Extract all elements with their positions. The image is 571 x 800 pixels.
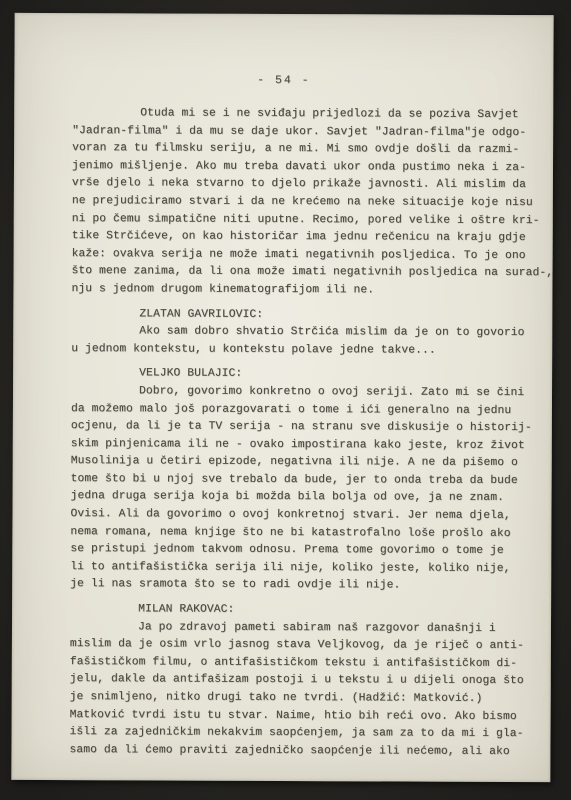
text-line: vrše djelo i neka stvarno to djelo prika… <box>72 175 532 195</box>
text-line: se pristupi jednom takvom odnosu. Prema … <box>70 541 530 561</box>
text-line: voran za tu filmsku seriju, a ne mi. Mi … <box>72 140 532 160</box>
text-line: što mene zanima, da li ona može imati ne… <box>72 263 532 283</box>
page-number: - 54 - <box>14 73 553 88</box>
paragraph: Otuda mi se i ne sviđaju prijedlozi da s… <box>71 105 532 301</box>
text-line: mislim da je osim vrlo jasnog stava Velj… <box>70 636 530 656</box>
text-line: ne prejudiciramo stvari i da ne krećemo … <box>72 193 532 213</box>
text-line: ocjenu, da li je ta TV serija - na stran… <box>71 418 531 438</box>
text-line: išli za zajedničkim nekakvim saopćenjem,… <box>69 724 529 744</box>
text-line: ni po čemu simpatične niti uputne. Recim… <box>72 211 532 231</box>
text-line: da možemo malo još porazgovarati o tome … <box>71 401 531 421</box>
text-line: Ovisi. Ali da govorimo o ovoj konkretnoj… <box>70 506 530 526</box>
paragraph: Ako sam dobro shvatio Strčića mislim da … <box>71 323 531 360</box>
speaker-label: VELJKO BULAJIC: <box>71 365 531 385</box>
text-line: jedna druga serija koja bi možda bila bo… <box>71 489 531 509</box>
text-line: jelu, dakle da antifašizam postoji i u t… <box>70 671 530 691</box>
text-line: fašističkom filmu, o antifašističkom tek… <box>70 654 530 674</box>
text-line: tome što bi u njoj sve trebalo da bude, … <box>71 471 531 491</box>
text-line: jenimo mišljenje. Ako mu treba davati uk… <box>72 158 532 178</box>
text-line: Dobro, govorimo konkretno o ovoj seriji.… <box>71 383 531 403</box>
text-line: Ako sam dobro shvatio Strčića mislim da … <box>71 323 531 343</box>
paragraph: Dobro, govorimo konkretno o ovoj seriji.… <box>70 383 531 596</box>
speaker-label: ZLATAN GAVRILOVIC: <box>71 306 531 326</box>
text-line: Musolinija u četiri epizode, negativna i… <box>71 453 531 473</box>
text-line: skim pinjenicama ili ne - ovako impostir… <box>71 436 531 456</box>
paragraph: Ja po zdravoj pameti sabiram naš razgovo… <box>69 619 530 762</box>
text-line: li to antifašistička serija ili nije, ko… <box>70 559 530 579</box>
text-line: je li nas sramota što se to radi ovdje i… <box>70 577 530 597</box>
text-line: Matković tvrdi istu tu stvar. Naime, hti… <box>70 707 530 727</box>
text-line: nju s jednom drugom kinematografijom ili… <box>71 281 531 301</box>
text-line: je snimljeno, nitko drugi tako ne tvrdi.… <box>70 689 530 709</box>
text-line: nema romana, nema knjige što ne bi katas… <box>70 524 530 544</box>
text-line: "Jadran-filma" i da mu se daje ukor. Sav… <box>72 123 532 143</box>
text-line: tike Strčićeve, on kao historičar ima je… <box>72 228 532 248</box>
scanned-page: - 54 - Otuda mi se i ne sviđaju prijedlo… <box>11 13 553 782</box>
document-text: Otuda mi se i ne sviđaju prijedlozi da s… <box>69 105 532 761</box>
text-line: u jednom kontekstu, u kontekstu polave j… <box>71 341 531 361</box>
speaker-label: MILAN RAKOVAC: <box>70 601 530 621</box>
text-line: samo da li ćemo praviti zajedničko saopć… <box>69 742 529 762</box>
text-line: Otuda mi se i ne sviđaju prijedlozi da s… <box>72 105 532 125</box>
text-line: Ja po zdravoj pameti sabiram naš razgovo… <box>70 619 530 639</box>
text-line: kaže: ovakva serija ne može imati negati… <box>72 246 532 266</box>
